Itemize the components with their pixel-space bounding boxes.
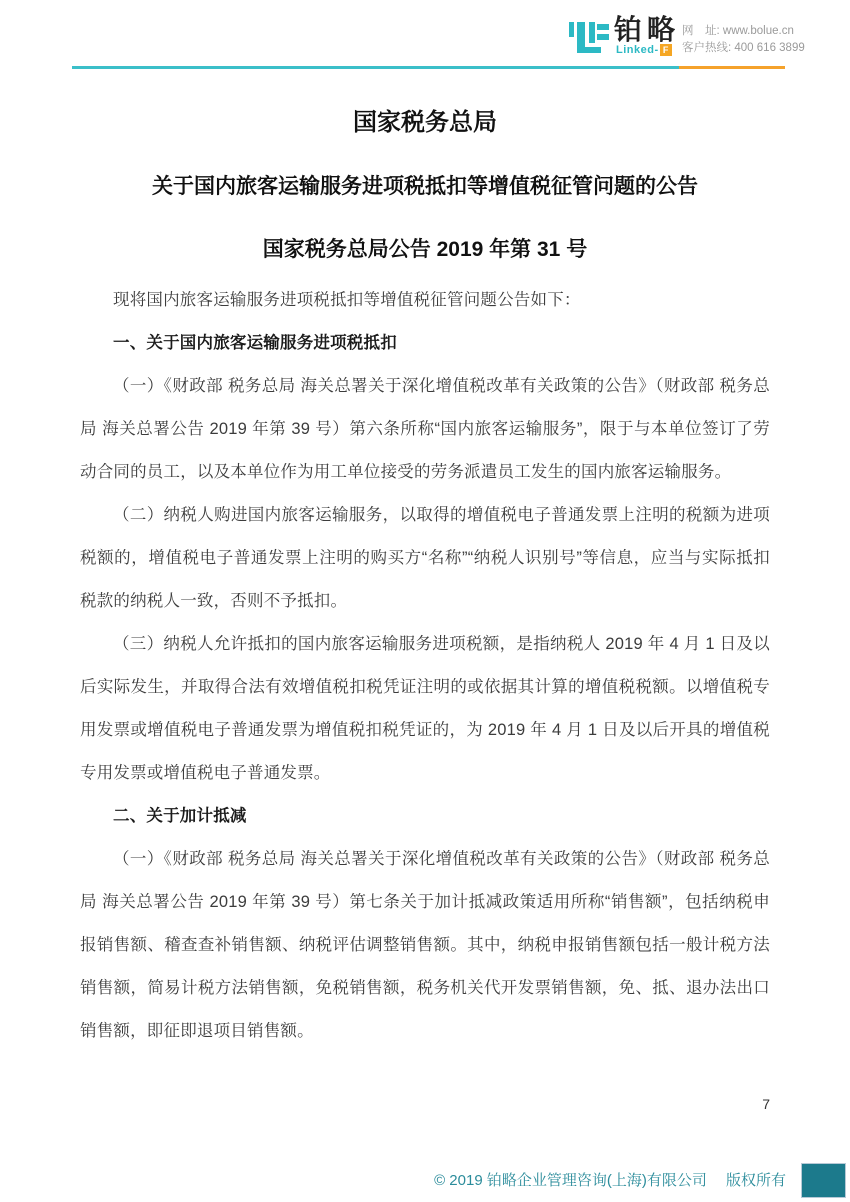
doc-title-subject: 关于国内旅客运输服务进项税抵扣等增值税征管问题的公告 [80,175,770,199]
section-heading-1: 一、关于国内旅客运输服务进项税抵扣 [80,322,770,365]
doc-title-organization: 国家税务总局 [80,110,770,136]
page-number: 7 [80,1096,770,1112]
doc-paragraph-1-2: （二）纳税人购进国内旅客运输服务，以取得的增值税电子普通发票上注明的税额为进项税… [80,494,770,623]
section-heading-2: 二、关于加计抵减 [80,795,770,838]
doc-paragraph-1-1: （一）《财政部 税务总局 海关总署关于深化增值税改革有关政策的公告》（财政部 税… [80,365,770,494]
document-content: 国家税务总局 关于国内旅客运输服务进项税抵扣等增值税征管问题的公告 国家税务总局… [80,0,770,1053]
doc-body: 现将国内旅客运输服务进项税抵扣等增值税征管问题公告如下： 一、关于国内旅客运输服… [80,279,770,1053]
doc-paragraph-2-1: （一）《财政部 税务总局 海关总署关于深化增值税改革有关政策的公告》（财政部 税… [80,838,770,1053]
doc-title-number: 国家税务总局公告 2019 年第 31 号 [80,238,770,262]
footer-copyright: © 2019 铂略企业管理咨询(上海)有限公司 版权所有 [434,1169,786,1190]
footer-corner-square [801,1163,846,1198]
doc-paragraph-1-3: （三）纳税人允许抵扣的国内旅客运输服务进项税额，是指纳税人 2019 年 4 月… [80,623,770,795]
doc-paragraph-intro: 现将国内旅客运输服务进项税抵扣等增值税征管问题公告如下： [80,279,770,322]
document-page: { "brand": { "logo_cn": "铂略", "logo_sub"… [0,0,850,1202]
